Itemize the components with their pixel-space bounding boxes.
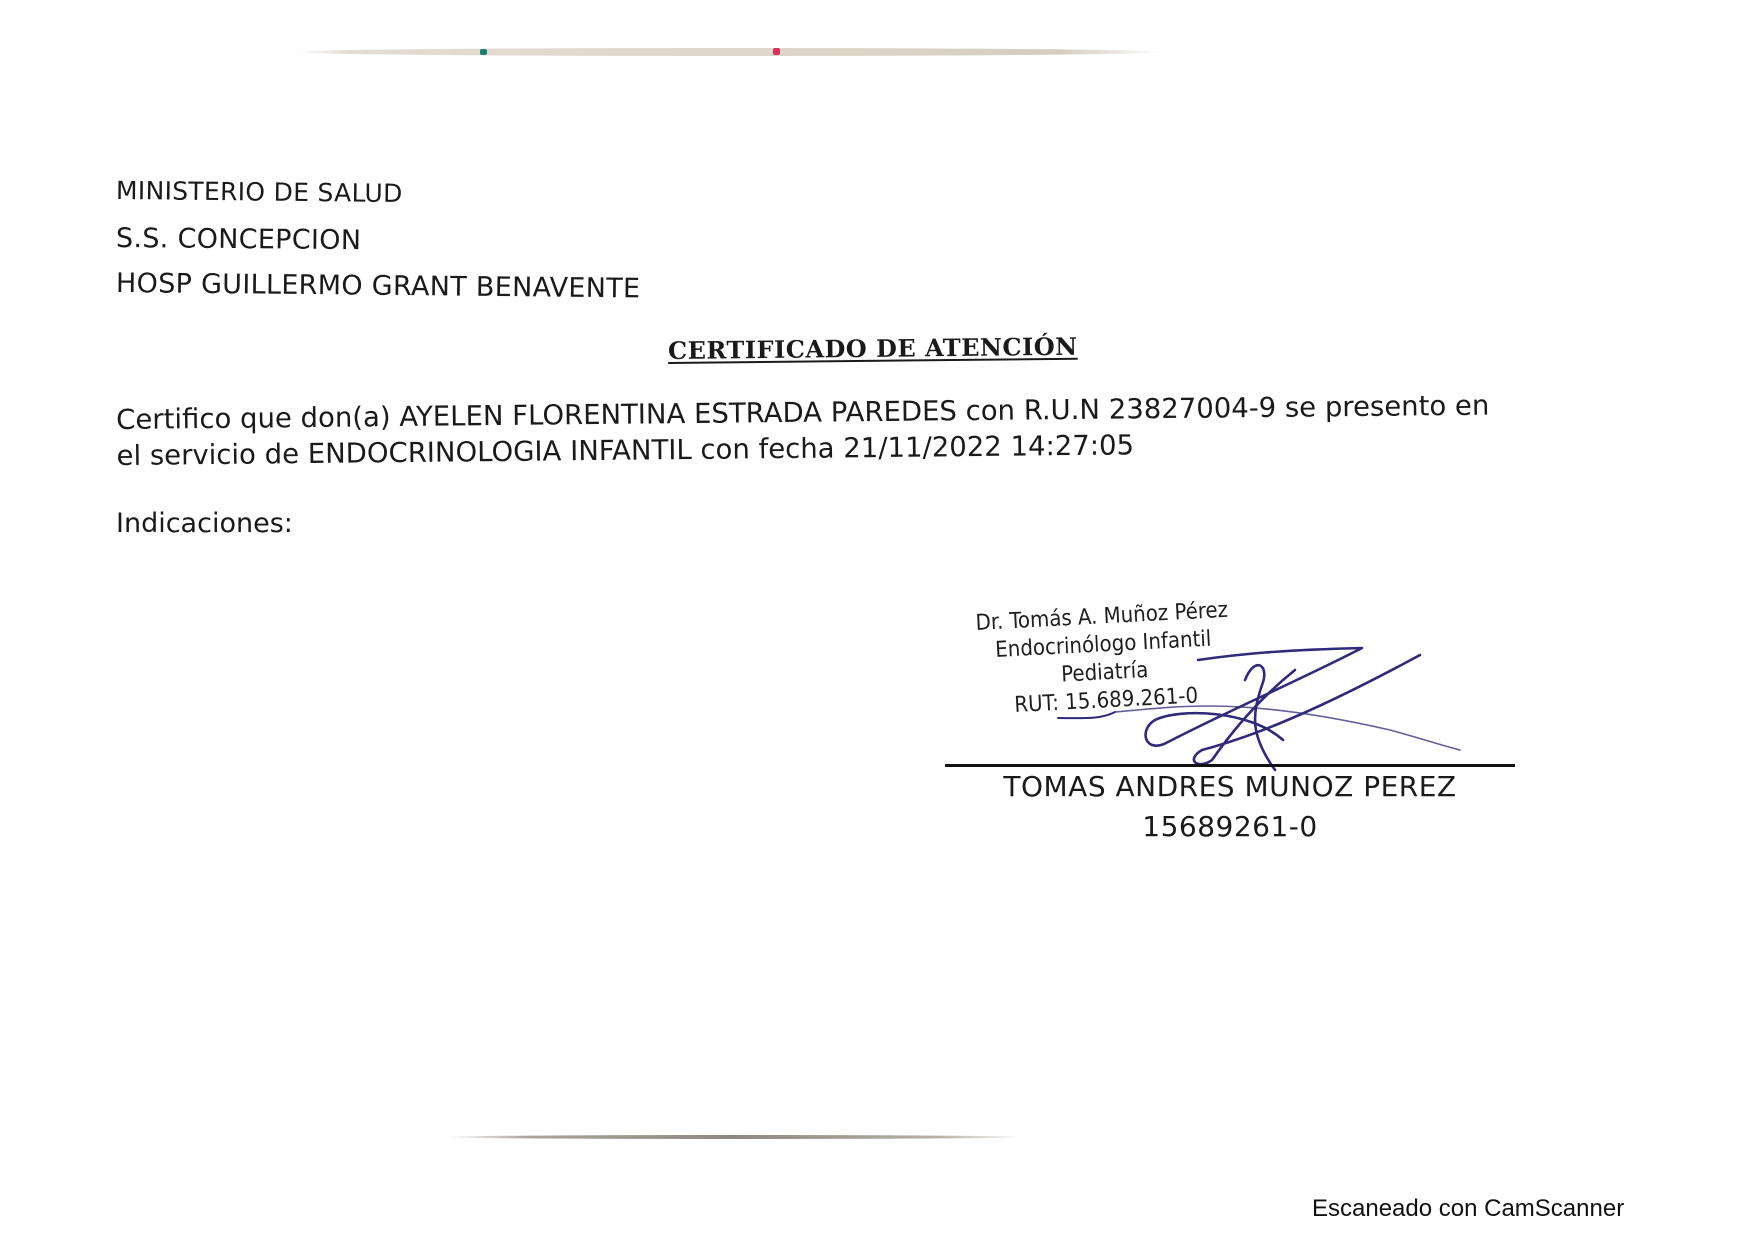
document-title: CERTIFICADO DE ATENCIÓN <box>668 332 1078 365</box>
health-service-name: S.S. CONCEPCION <box>116 223 362 256</box>
paper-mark <box>773 48 780 55</box>
handwritten-signature-icon <box>940 610 1520 790</box>
hospital-name: HOSP GUILLERMO GRANT BENAVENTE <box>116 268 641 304</box>
signature-line <box>945 764 1515 767</box>
paper-mark <box>480 49 487 55</box>
camscanner-watermark: Escaneado con CamScanner <box>1312 1195 1624 1223</box>
indications-label: Indicaciones: <box>116 508 293 539</box>
scan-paper-edge-top <box>295 48 1165 56</box>
signer-name: TOMAS ANDRES MUNOZ PEREZ <box>940 770 1520 803</box>
certification-text: Certifico que don(a) AYELEN FLORENTINA E… <box>116 386 1637 474</box>
signature-block: Dr. Tomás A. Muñoz Pérez Endocrinólogo I… <box>940 610 1520 850</box>
signer-rut: 15689261-0 <box>940 810 1520 843</box>
scan-paper-edge-bottom <box>445 1135 1025 1139</box>
ministry-name: MINISTERIO DE SALUD <box>116 176 403 208</box>
